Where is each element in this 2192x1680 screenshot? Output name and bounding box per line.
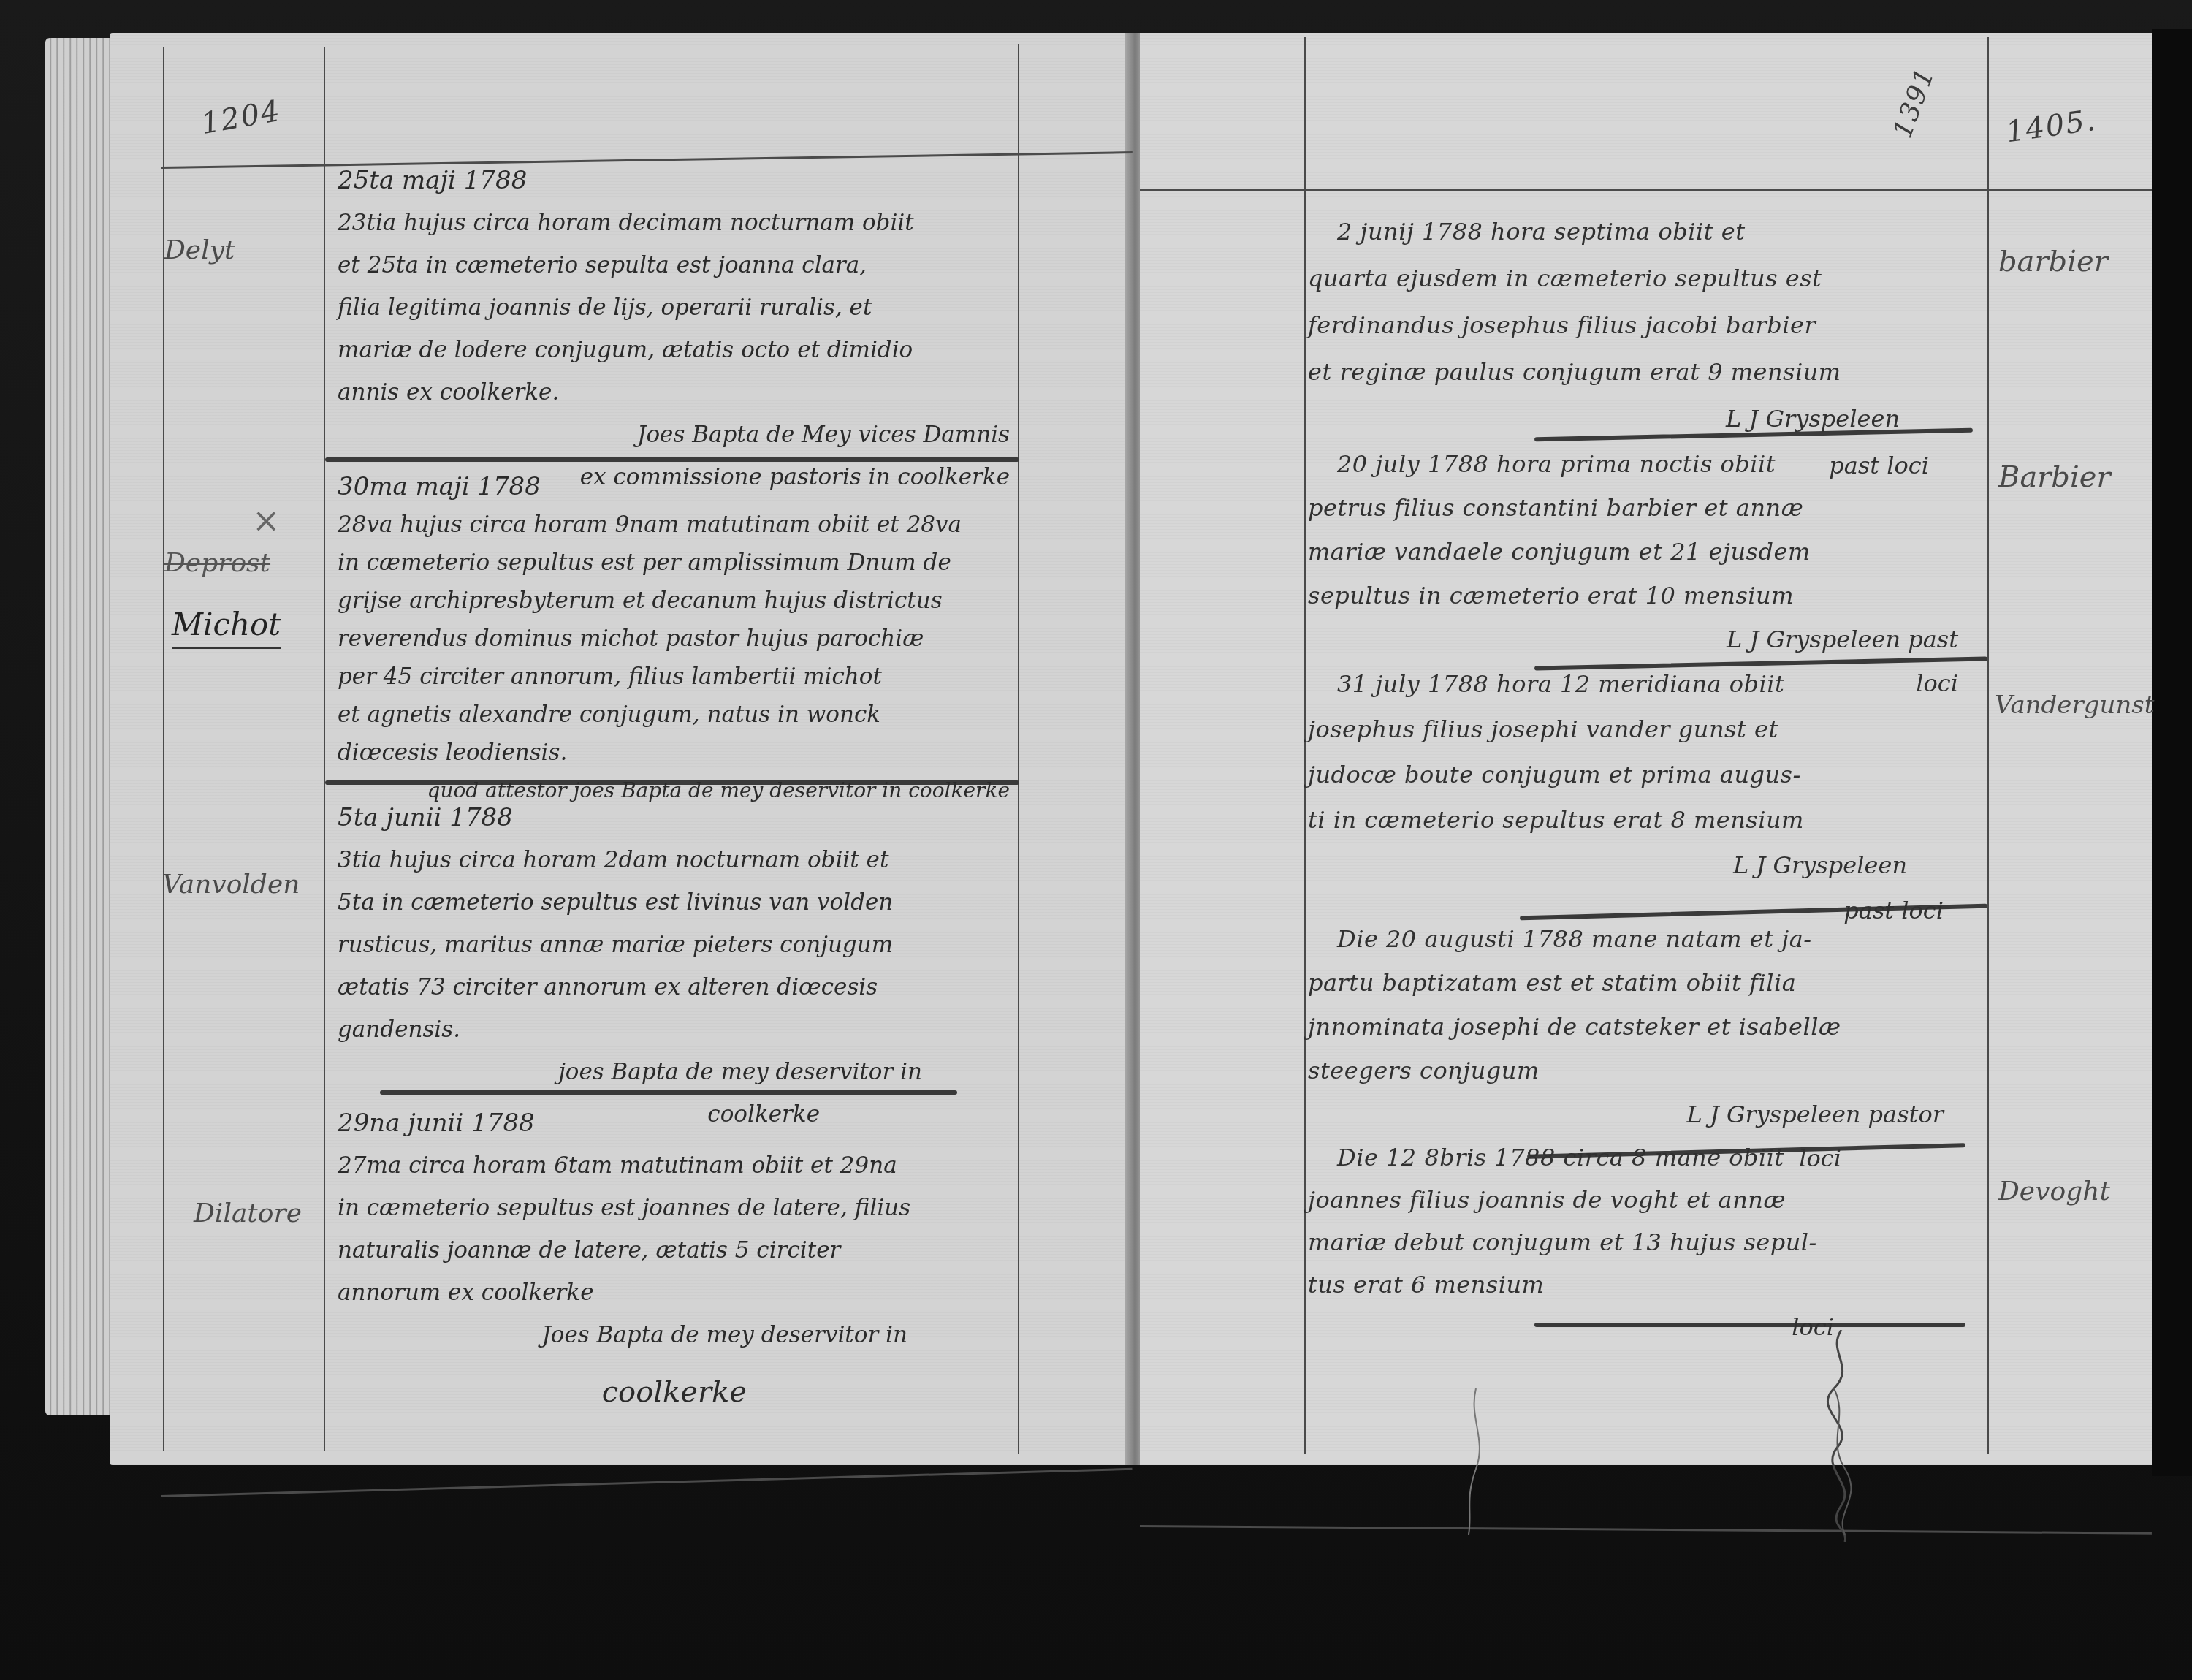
register-entry: Die 12 8bris 1788 circa 8 mane obiit joa… — [1308, 1136, 1987, 1348]
entry-line: reverendus dominus michot pastor hujus p… — [338, 620, 1010, 658]
entry-line: ferdinandus josephus filius jacobi barbi… — [1308, 302, 1987, 349]
entry-line: quarta ejusdem in cæmeterio sepultus est — [1308, 255, 1987, 302]
entry-line: mariæ vandaele conjugum et 21 ejusdem — [1308, 530, 1987, 574]
entry-line: josephus filius josephi vander gunst et — [1308, 707, 1987, 752]
entry-line: Die 12 8bris 1788 circa 8 mane obiit — [1308, 1136, 1987, 1179]
entry-line: per 45 circiter annorum, filius lamberti… — [338, 658, 1010, 696]
entry-line: 31 july 1788 hora 12 meridiana obiit — [1308, 661, 1987, 707]
entry-line: naturalis joannæ de latere, ætatis 5 cir… — [338, 1229, 1010, 1272]
entry-line: et agnetis alexandre conjugum, natus in … — [338, 696, 1010, 734]
entry-line: in cæmeterio sepultus est joannes de lat… — [338, 1187, 1010, 1229]
entry-line: 23tia hujus circa horam decimam nocturna… — [338, 202, 1010, 244]
entry-line: mariæ de lodere conjugum, ætatis octo et… — [338, 329, 1010, 371]
margin-surname: Dilatore — [194, 1198, 302, 1228]
entry-line: mariæ debut conjugum et 13 hujus sepul- — [1308, 1221, 1987, 1263]
margin-surname-struck: Deprost — [164, 548, 270, 578]
left-right-rule — [1018, 44, 1019, 1454]
entry-line: rusticus, maritus annæ mariæ pieters con… — [338, 924, 1010, 966]
entry-line: 28va hujus circa horam 9nam matutinam ob… — [338, 506, 1010, 544]
entry-line: sepultus in cæmeterio erat 10 mensium — [1308, 574, 1987, 617]
entry-signature: L J Gryspeleen past — [1308, 617, 1987, 661]
entry-line: joannes filius joannis de voght et annæ — [1308, 1179, 1987, 1221]
book-cover-edge — [2152, 29, 2192, 1476]
entry-line: diœcesis leodiensis. — [338, 734, 1010, 772]
entry-line: petrus filius constantini barbier et ann… — [1308, 486, 1987, 530]
entry-line: ti in cæmeterio sepultus erat 8 mensium — [1308, 797, 1987, 843]
entry-signature: L J Gryspeleen pastor — [1308, 1092, 1987, 1136]
entry-signature: coolkerke — [338, 1371, 1010, 1413]
entry-line: in cæmeterio sepultus est per amplissimu… — [338, 544, 1010, 582]
end-squiggle-line — [1819, 1388, 1863, 1535]
book-scan: 1204 1391 1405. Delyt 25ta maji 1788 23t… — [0, 0, 2192, 1680]
margin-surname: barbier — [1998, 245, 2108, 278]
entry-line: gandensis. — [338, 1008, 1010, 1051]
entry-date: 29na junii 1788 — [338, 1102, 1010, 1144]
register-entry: 5ta junii 1788 3tia hujus circa horam 2d… — [338, 797, 1010, 1136]
entry-line: annis ex coolkerke. — [338, 371, 1010, 414]
entry-signature: Joes Bapta de mey deservitor in — [338, 1314, 1010, 1356]
entry-line: steegers conjugum — [1308, 1049, 1987, 1092]
entry-signature: Joes Bapta de Mey vices Damnis — [338, 414, 1010, 456]
entry-line: grijse archipresbyterum et decanum hujus… — [338, 582, 1010, 620]
margin-surname: Devoght — [1998, 1177, 2110, 1206]
entry-line: 5ta in cæmeterio sepultus est livinus va… — [338, 881, 1010, 924]
entry-line: 27ma circa horam 6tam matutinam obiit et… — [338, 1144, 1010, 1187]
margin-surname: Vandergunst — [1995, 691, 2154, 720]
right-column-rule — [1304, 37, 1306, 1454]
entry-line: jnnominata josephi de catsteker et isabe… — [1308, 1005, 1987, 1049]
entry-line: partu baptizatam est et statim obiit fil… — [1308, 961, 1987, 1005]
right-footer-rule — [1140, 1525, 2152, 1535]
entry-signature: loci — [1308, 1306, 1987, 1348]
entry-line: 2 junij 1788 hora septima obiit et — [1308, 208, 1987, 255]
margin-mark: × — [252, 501, 281, 540]
right-margin-rule — [1987, 37, 1989, 1454]
margin-surname: Delyt — [164, 235, 235, 265]
margin-surname: Barbier — [1998, 460, 2111, 494]
margin-surname: Michot — [172, 607, 281, 649]
entry-line: filia legitima joannis de lijs, operarii… — [338, 286, 1010, 329]
entry-line: tus erat 6 mensium — [1308, 1263, 1987, 1306]
entry-signature: L J Gryspeleen — [1308, 395, 1987, 442]
margin-surname: Vanvolden — [162, 870, 300, 900]
right-header-rule — [1140, 189, 2152, 191]
left-column-rule — [324, 47, 325, 1451]
entry-date: 25ta maji 1788 — [338, 159, 1010, 202]
entry-line: judocæ boute conjugum et prima augus- — [1308, 752, 1987, 797]
entry-date: 5ta junii 1788 — [338, 797, 1010, 839]
end-squiggle-line — [1454, 1388, 1498, 1535]
entry-date: 30ma maji 1788 — [338, 468, 1010, 506]
left-footer-rule — [161, 1468, 1133, 1497]
entry-line: ætatis 73 circiter annorum ex alteren di… — [338, 966, 1010, 1008]
entry-line: et reginæ paulus conjugum erat 9 mensium — [1308, 349, 1987, 395]
entry-signature: joes Bapta de mey deservitor in — [338, 1051, 1010, 1093]
entry-line: 3tia hujus circa horam 2dam nocturnam ob… — [338, 839, 1010, 881]
register-entry: 30ma maji 1788 28va hujus circa horam 9n… — [338, 468, 1010, 810]
entry-signature: L J Gryspeleen — [1308, 843, 1987, 888]
entry-line: 20 july 1788 hora prima noctis obiit — [1308, 442, 1987, 486]
entry-line: Die 20 augusti 1788 mane natam et ja- — [1308, 917, 1987, 961]
register-entry: 25ta maji 1788 23tia hujus circa horam d… — [338, 159, 1010, 498]
register-entry: 29na junii 1788 27ma circa horam 6tam ma… — [338, 1102, 1010, 1413]
register-entry: 31 july 1788 hora 12 meridiana obiit jos… — [1308, 661, 1987, 933]
entry-line: et 25ta in cæmeterio sepulta est joanna … — [338, 244, 1010, 286]
entry-line: annorum ex coolkerke — [338, 1272, 1010, 1314]
